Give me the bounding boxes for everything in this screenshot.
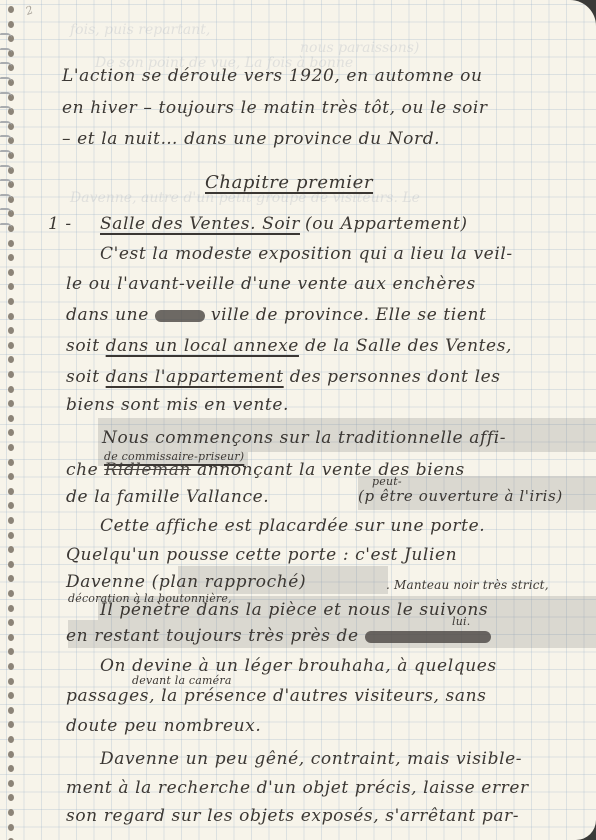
text: soit xyxy=(66,336,100,356)
p5-line-2: ment à la recherche d'un objet précis, l… xyxy=(66,778,529,798)
binding-hole xyxy=(8,824,14,831)
p5-line-1: Davenne un peu gêné, contraint, mais vis… xyxy=(100,749,522,769)
binding-hole xyxy=(8,371,14,378)
notebook-page: 2 fois, puis repartant, nous paraissons)… xyxy=(0,0,596,840)
p1-line-1: C'est la modeste exposition qui a lieu l… xyxy=(100,244,513,264)
bleed-through-text: nous paraissons) xyxy=(300,40,419,56)
binding-ring xyxy=(0,208,12,213)
binding-hole xyxy=(8,459,14,466)
text: annonçant la vente des biens xyxy=(197,460,465,480)
binding-hole xyxy=(8,619,14,626)
underlined-text: dans un local annexe xyxy=(106,336,299,356)
p2-line-2: che Ridleman annonçant la vente des bien… xyxy=(66,460,465,480)
binding-hole xyxy=(8,546,14,553)
binding-hole xyxy=(8,780,14,787)
binding-hole xyxy=(8,721,14,728)
p3-note: . Manteau noir très strict, xyxy=(386,578,549,592)
p2-line-1: Nous commençons sur la traditionnelle af… xyxy=(102,428,506,448)
binding-hole xyxy=(8,561,14,568)
page-number: 2 xyxy=(24,3,35,18)
binding-hole xyxy=(8,575,14,582)
scene-heading: Salle des Ventes. Soir xyxy=(100,214,300,234)
binding-ring xyxy=(0,179,12,184)
text: soit xyxy=(66,367,100,387)
text: de la Salle des Ventes, xyxy=(305,336,512,356)
binding-hole xyxy=(8,283,14,290)
binding-hole xyxy=(8,327,14,334)
p2-line-4: Cette affiche est placardée sur une port… xyxy=(100,516,485,536)
p1-line-2: le ou l'avant-veille d'une vente aux enc… xyxy=(66,274,476,294)
text: Davenne xyxy=(66,572,146,592)
p1-line-4: soit dans un local annexe de la Salle de… xyxy=(66,336,512,356)
p1-line-3-start: dans une xyxy=(66,305,149,325)
binding-hole xyxy=(8,809,14,816)
p2-note: (p être ouverture à l'iris) xyxy=(358,487,563,505)
binding-hole xyxy=(8,415,14,422)
binding-hole xyxy=(8,473,14,480)
binding-hole xyxy=(8,254,14,261)
binding-ring xyxy=(0,135,12,140)
crossed-out-word xyxy=(365,631,491,643)
binding-hole xyxy=(8,648,14,655)
scene-number: 1 - xyxy=(48,214,72,234)
struck-word: Ridleman xyxy=(104,460,191,480)
binding-hole xyxy=(8,502,14,509)
p5-line-3: son regard sur les objets exposés, s'arr… xyxy=(66,806,519,826)
p4-line-3: doute peu nombreux. xyxy=(66,716,261,736)
scene-heading-alt: (ou Appartement) xyxy=(305,214,468,234)
binding-hole xyxy=(8,678,14,685)
p1-line-5: soit dans l'appartement des personnes do… xyxy=(66,367,501,387)
binding-hole xyxy=(8,240,14,247)
intro-line-1: L'action se déroule vers 1920, en automn… xyxy=(62,66,483,86)
p3-line-2: Davenne (plan rapproché) xyxy=(66,572,306,592)
spiral-binding xyxy=(0,0,16,840)
p3-insertion-above: lui. xyxy=(452,615,470,628)
text: des personnes dont les xyxy=(290,367,501,387)
binding-hole xyxy=(8,663,14,670)
binding-hole xyxy=(8,429,14,436)
binding-hole xyxy=(8,751,14,758)
p4-line-2: passages, la présence d'autres visiteurs… xyxy=(66,686,486,706)
binding-ring xyxy=(0,165,12,170)
binding-ring xyxy=(0,194,12,199)
bleed-through-text: fois, puis repartant, xyxy=(70,22,210,38)
binding-hole xyxy=(8,400,14,407)
binding-ring xyxy=(0,62,12,67)
p1-line-3: dans une ville de province. Elle se tien… xyxy=(66,305,487,325)
p3-line-4: en restant toujours très près de xyxy=(66,626,491,646)
camera-direction: (plan rapproché) xyxy=(152,572,307,592)
crossed-out-word xyxy=(155,310,205,322)
binding-hole xyxy=(8,488,14,495)
binding-hole xyxy=(8,298,14,305)
binding-hole xyxy=(8,269,14,276)
binding-ring xyxy=(0,150,12,155)
binding-ring xyxy=(0,77,12,82)
binding-ring xyxy=(0,92,12,97)
binding-hole xyxy=(8,356,14,363)
text: che xyxy=(66,460,98,480)
binding-hole xyxy=(8,634,14,641)
binding-ring xyxy=(0,223,12,228)
binding-hole xyxy=(8,313,14,320)
chapter-title: Chapitre premier xyxy=(205,172,373,193)
binding-hole xyxy=(8,386,14,393)
p3-line-1: Quelqu'un pousse cette porte : c'est Jul… xyxy=(66,545,457,565)
underlined-text: dans l'appartement xyxy=(106,367,284,387)
p1-line-6: biens sont mis en vente. xyxy=(66,395,289,415)
p4-line-1: On devine à un léger brouhaha, à quelque… xyxy=(100,656,497,676)
p3-line-3: Il pénètre dans la pièce et nous le suiv… xyxy=(100,600,488,620)
binding-hole xyxy=(8,692,14,699)
binding-hole xyxy=(8,342,14,349)
binding-hole xyxy=(8,765,14,772)
binding-ring xyxy=(0,33,12,38)
binding-hole xyxy=(8,444,14,451)
binding-hole xyxy=(8,736,14,743)
binding-hole xyxy=(8,794,14,801)
binding-ring xyxy=(0,106,12,111)
intro-line-2: en hiver – toujours le matin très tôt, o… xyxy=(62,98,488,118)
text: en restant toujours très près de xyxy=(66,626,359,646)
binding-hole xyxy=(8,517,14,524)
binding-hole xyxy=(8,532,14,539)
binding-hole xyxy=(8,605,14,612)
binding-hole xyxy=(8,6,14,13)
binding-hole xyxy=(8,590,14,597)
binding-ring xyxy=(0,121,12,126)
binding-hole xyxy=(8,21,14,28)
intro-line-3: – et la nuit… dans une province du Nord. xyxy=(62,129,440,149)
binding-hole xyxy=(8,707,14,714)
p1-line-3-end: ville de province. Elle se tient xyxy=(211,305,487,325)
binding-ring xyxy=(0,48,12,53)
p2-line-3: de la famille Vallance. xyxy=(66,487,269,507)
